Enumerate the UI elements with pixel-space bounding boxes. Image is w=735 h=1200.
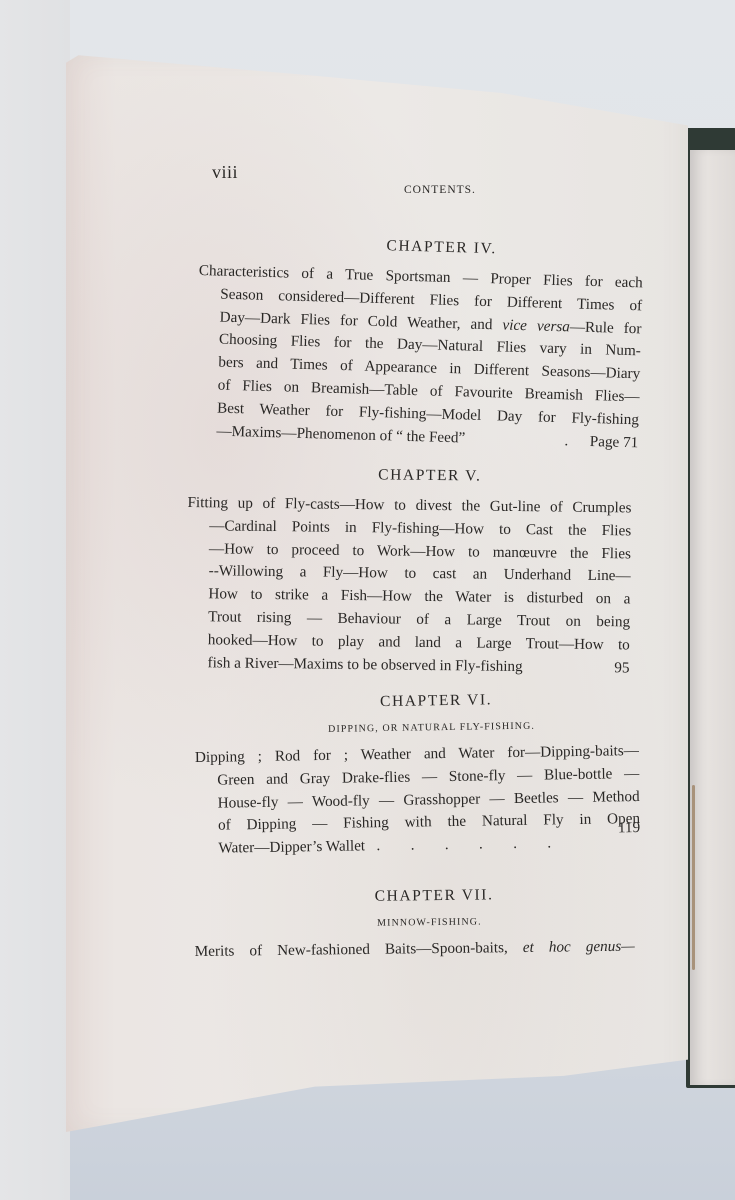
chapter-subtitle: DIPPING, OR NATURAL FLY-FISHING. bbox=[224, 719, 638, 737]
chapter-vii: CHAPTER VII. MINNOW-FISHING. Merits of N… bbox=[194, 885, 635, 964]
leader-dots: . . . . . . bbox=[376, 835, 551, 855]
chapter-subtitle: MINNOW-FISHING. bbox=[224, 915, 634, 931]
chapter-title: CHAPTER VII. bbox=[234, 885, 634, 908]
chapter-summary: Fitting up of Fly-casts—How to divest th… bbox=[185, 492, 631, 680]
chapter-iv: CHAPTER IV. Characteristics of a True Sp… bbox=[194, 232, 644, 455]
running-head: viii CONTENTS. bbox=[200, 160, 644, 194]
italic-phrase: vice versa bbox=[502, 316, 570, 335]
page-reference: 119 bbox=[618, 817, 641, 840]
page-reference: Page 71 bbox=[589, 431, 638, 455]
leader-dots: . bbox=[564, 430, 568, 453]
page-gap-shadow bbox=[692, 785, 695, 970]
chapter-title: CHAPTER V. bbox=[228, 464, 632, 487]
next-page-edge bbox=[690, 150, 735, 1085]
page-reference: 95 bbox=[614, 657, 629, 680]
page-number: viii bbox=[212, 162, 238, 183]
backdrop bbox=[0, 0, 70, 1200]
chapter-summary: Dipping ; Rod for ; Weather and Water fo… bbox=[195, 740, 641, 861]
italic-phrase: et hoc genus— bbox=[523, 938, 635, 956]
chapter-vi: CHAPTER VI. DIPPING, OR NATURAL FLY-FISH… bbox=[194, 689, 641, 861]
running-title: CONTENTS. bbox=[404, 184, 476, 196]
chapter-v: CHAPTER V. Fitting up of Fly-casts—How t… bbox=[185, 464, 632, 680]
chapter-summary: Characteristics of a True Sportsman — Pr… bbox=[194, 260, 643, 455]
